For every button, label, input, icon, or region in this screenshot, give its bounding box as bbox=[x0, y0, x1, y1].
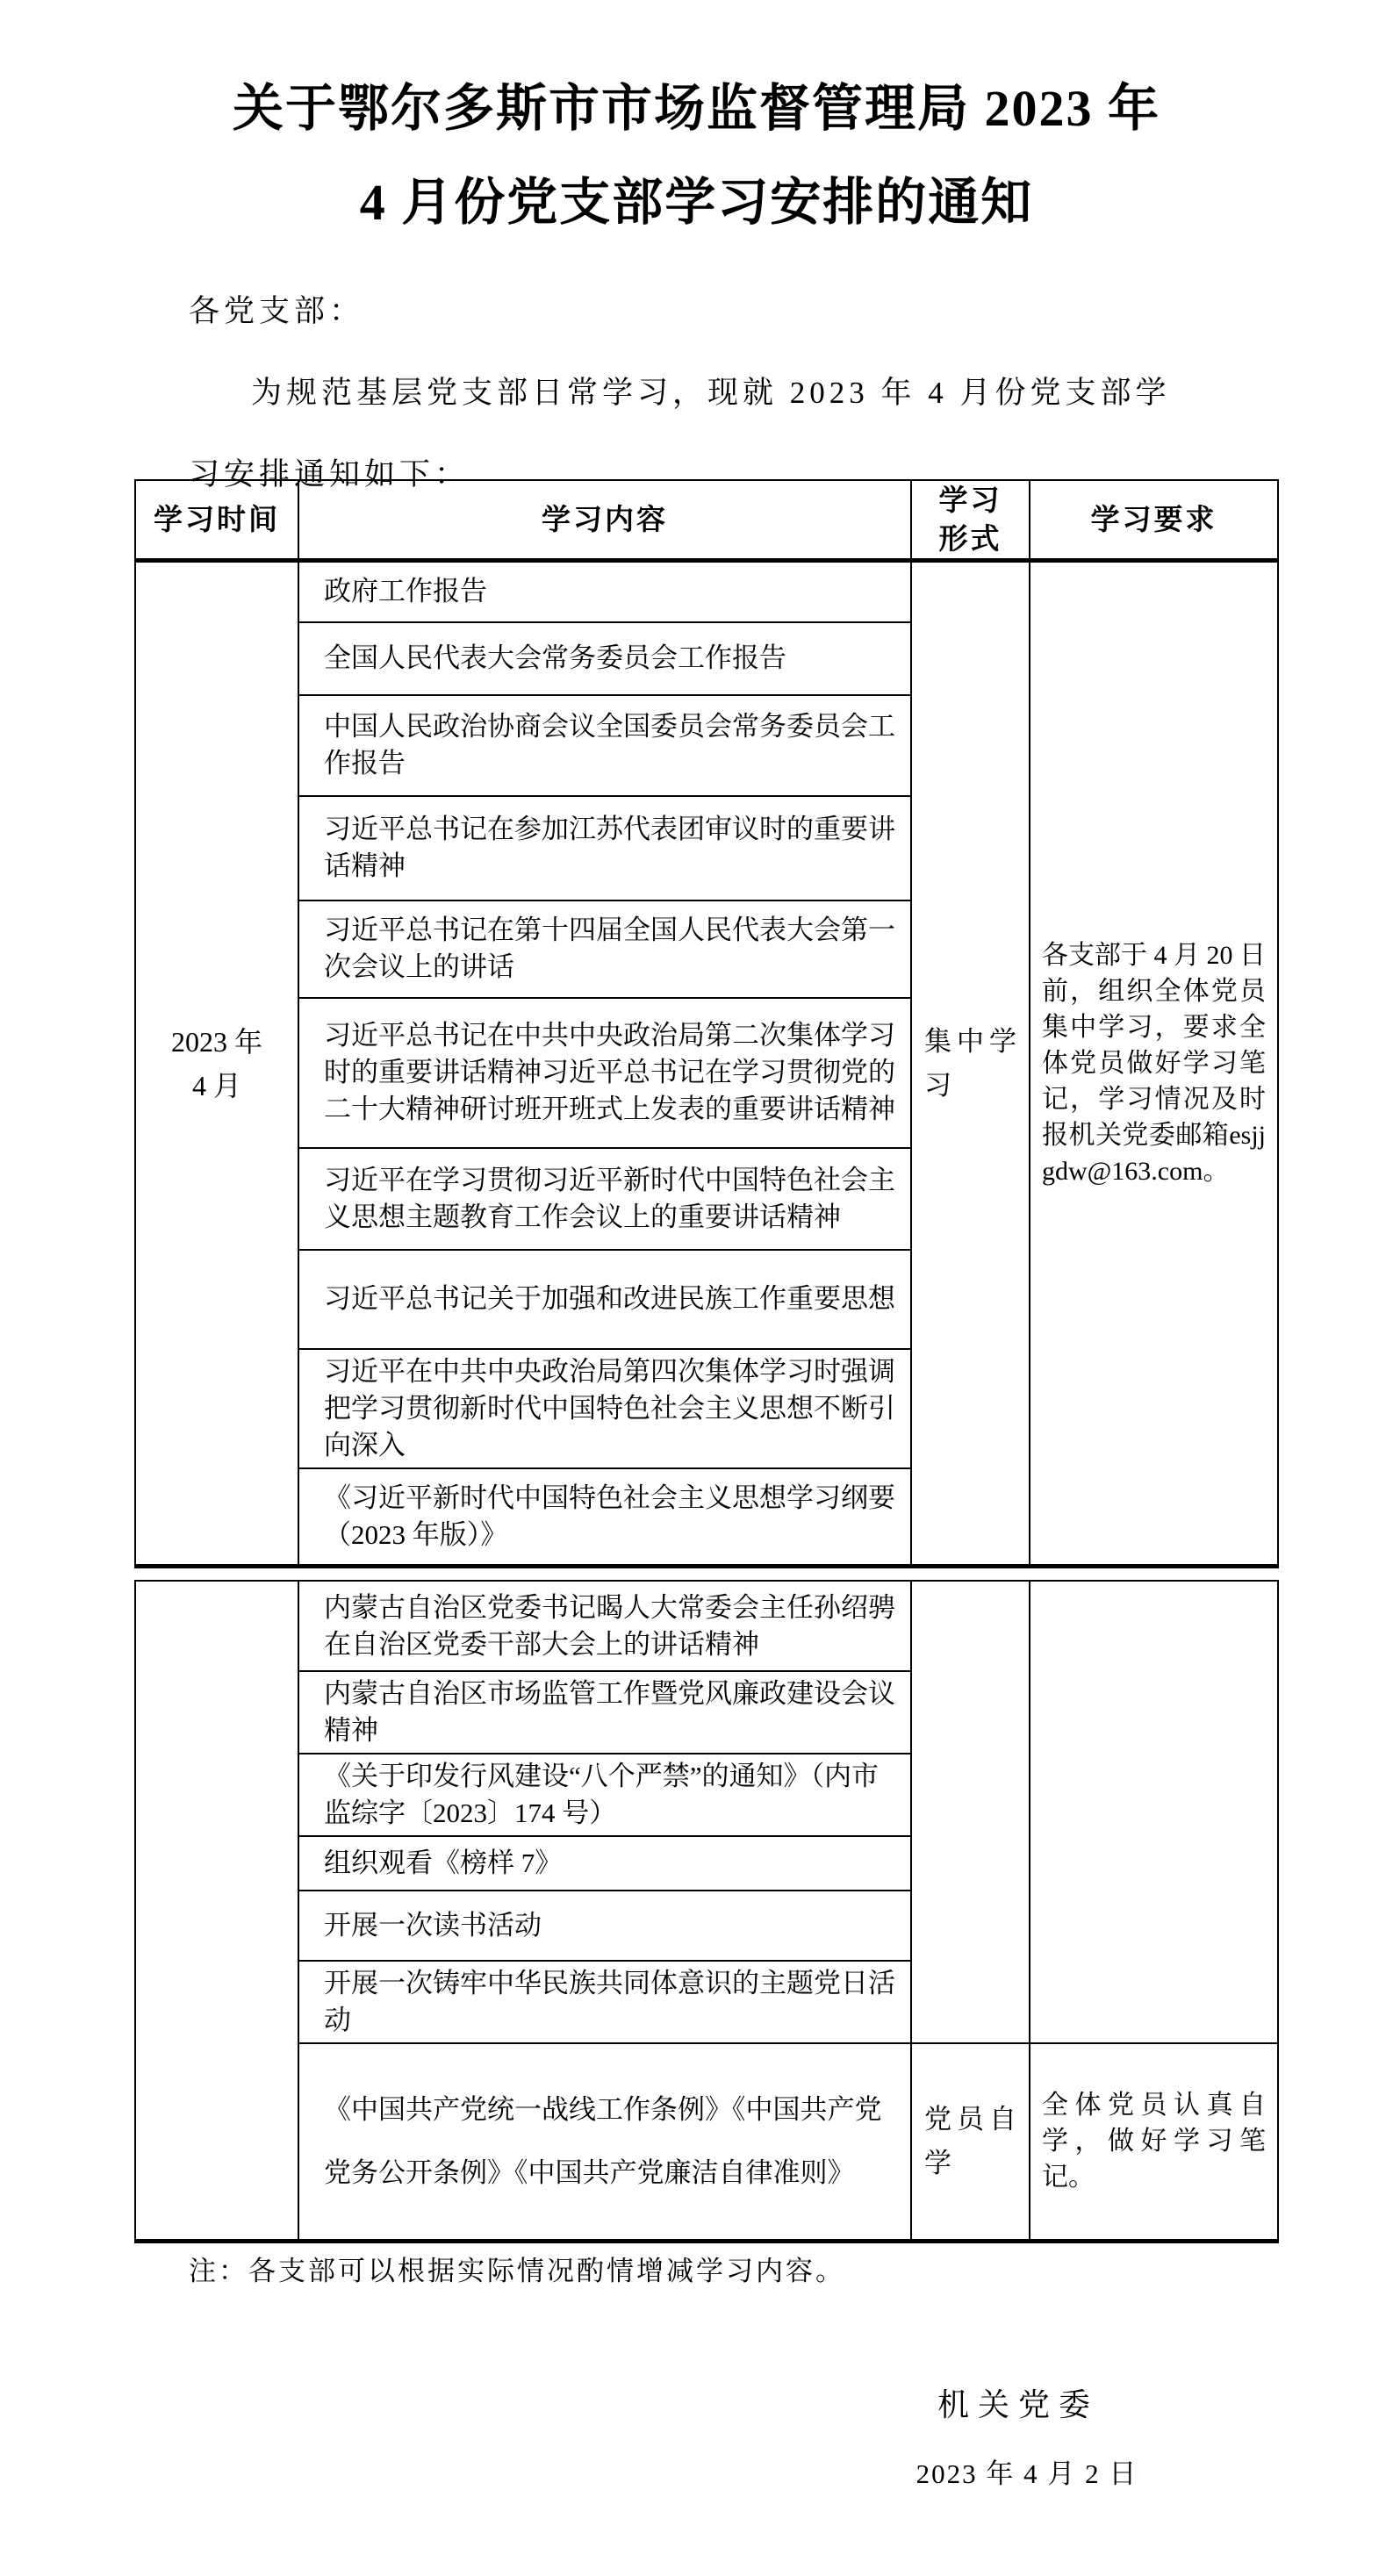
empty-requirement-cell bbox=[1030, 1581, 1278, 2043]
study-schedule-table-supplement: 内蒙古自治区党委书记暍人大常委会主任孙绍骋在自治区党委干部大会上的讲话精神 内蒙… bbox=[134, 1580, 1279, 2243]
study-requirement-cell: 全体党员认真自学，做好学习笔记。 bbox=[1030, 2043, 1278, 2241]
study-time-line-2: 4 月 bbox=[136, 1064, 298, 1108]
study-content-cell: 《习近平新时代中国特色社会主义思想学习纲要（2023 年版）》 bbox=[298, 1468, 911, 1567]
document-date: 2023 年 4 月 2 日 bbox=[878, 2451, 1176, 2491]
page-title-line-2: 4 月份党支部学习安排的通知 bbox=[0, 155, 1393, 249]
header-study-time: 学习时间 bbox=[135, 480, 298, 561]
header-study-form: 学习 形式 bbox=[911, 480, 1030, 561]
header-study-form-line-2: 形式 bbox=[912, 520, 1029, 558]
table-row: 2023 年 4 月 政府工作报告 集中学习 各支部于 4 月 20 日前，组织… bbox=[135, 561, 1278, 622]
study-content-cell: 开展一次铸牢中华民族共同体意识的主题党日活动 bbox=[298, 1961, 911, 2043]
study-content-cell: 开展一次读书活动 bbox=[298, 1891, 911, 1961]
study-content-cell: 内蒙古自治区市场监管工作暨党风廉政建设会议精神 bbox=[298, 1671, 911, 1754]
empty-form-cell bbox=[911, 1581, 1030, 2043]
study-content-cell: 《关于印发行风建设“八个严禁”的通知》（内市监综字〔2023〕174 号） bbox=[298, 1754, 911, 1836]
page-title-line-1: 关于鄂尔多斯市市场监督管理局 2023 年 bbox=[0, 61, 1393, 155]
salutation: 各党支部： bbox=[189, 287, 364, 331]
table-header-row: 学习时间 学习内容 学习 形式 学习要求 bbox=[135, 480, 1278, 561]
header-study-content: 学习内容 bbox=[298, 480, 911, 561]
signature: 机关党委 bbox=[895, 2380, 1141, 2425]
table-row: 《中国共产党统一战线工作条例》《中国共产党党务公开条例》《中国共产党廉洁自律准则… bbox=[135, 2043, 1278, 2241]
header-study-form-line-1: 学习 bbox=[912, 481, 1029, 520]
study-form-cell: 党员自学 bbox=[911, 2043, 1030, 2241]
page-title: 关于鄂尔多斯市市场监督管理局 2023 年 4 月份党支部学习安排的通知 bbox=[0, 61, 1393, 249]
table-row: 内蒙古自治区党委书记暍人大常委会主任孙绍骋在自治区党委干部大会上的讲话精神 bbox=[135, 1581, 1278, 1671]
study-content-cell: 内蒙古自治区党委书记暍人大常委会主任孙绍骋在自治区党委干部大会上的讲话精神 bbox=[298, 1581, 911, 1671]
study-content-cell: 习近平总书记在参加江苏代表团审议时的重要讲话精神 bbox=[298, 796, 911, 901]
study-content-cell: 习近平在中共中央政治局第四次集体学习时强调 把学习贯彻新时代中国特色社会主义思想… bbox=[298, 1349, 911, 1468]
study-content-cell: 习近平在学习贯彻习近平新时代中国特色社会主义思想主题教育工作会议上的重要讲话精神 bbox=[298, 1148, 911, 1250]
study-time-line-1: 2023 年 bbox=[136, 1020, 298, 1064]
study-content-cell: 政府工作报告 bbox=[298, 561, 911, 622]
study-schedule-table-main: 学习时间 学习内容 学习 形式 学习要求 2023 年 4 月 政府工作报告 集… bbox=[134, 479, 1279, 1568]
study-content-cell: 中国人民政治协商会议全国委员会常务委员会工作报告 bbox=[298, 695, 911, 796]
study-time-cell: 2023 年 4 月 bbox=[135, 561, 298, 1567]
footnote: 注：各支部可以根据实际情况酌情增减学习内容。 bbox=[189, 2249, 845, 2288]
study-requirement-cell: 各支部于 4 月 20 日前，组织全体党员集中学习，要求全体党员做好学习笔记，学… bbox=[1030, 561, 1278, 1567]
study-content-cell: 习近平总书记在第十四届全国人民代表大会第一次会议上的讲话 bbox=[298, 901, 911, 998]
study-content-cell: 全国人民代表大会常务委员会工作报告 bbox=[298, 622, 911, 695]
study-content-cell: 习近平总书记关于加强和改进民族工作重要思想 bbox=[298, 1250, 911, 1349]
header-study-requirement: 学习要求 bbox=[1030, 480, 1278, 561]
notice-document-page: 关于鄂尔多斯市市场监督管理局 2023 年 4 月份党支部学习安排的通知 各党支… bbox=[0, 0, 1393, 2576]
study-content-cell: 《中国共产党统一战线工作条例》《中国共产党党务公开条例》《中国共产党廉洁自律准则… bbox=[298, 2043, 911, 2241]
study-content-cell: 习近平总书记在中共中央政治局第二次集体学习时的重要讲话精神习近平总书记在学习贯彻… bbox=[298, 998, 911, 1148]
intro-paragraph-line-1: 为规范基层党支部日常学习，现就 2023 年 4 月份党支部学 bbox=[251, 369, 1171, 413]
empty-time-cell bbox=[135, 1581, 298, 2241]
study-content-cell: 组织观看《榜样 7》 bbox=[298, 1836, 911, 1891]
study-form-cell: 集中学习 bbox=[911, 561, 1030, 1567]
